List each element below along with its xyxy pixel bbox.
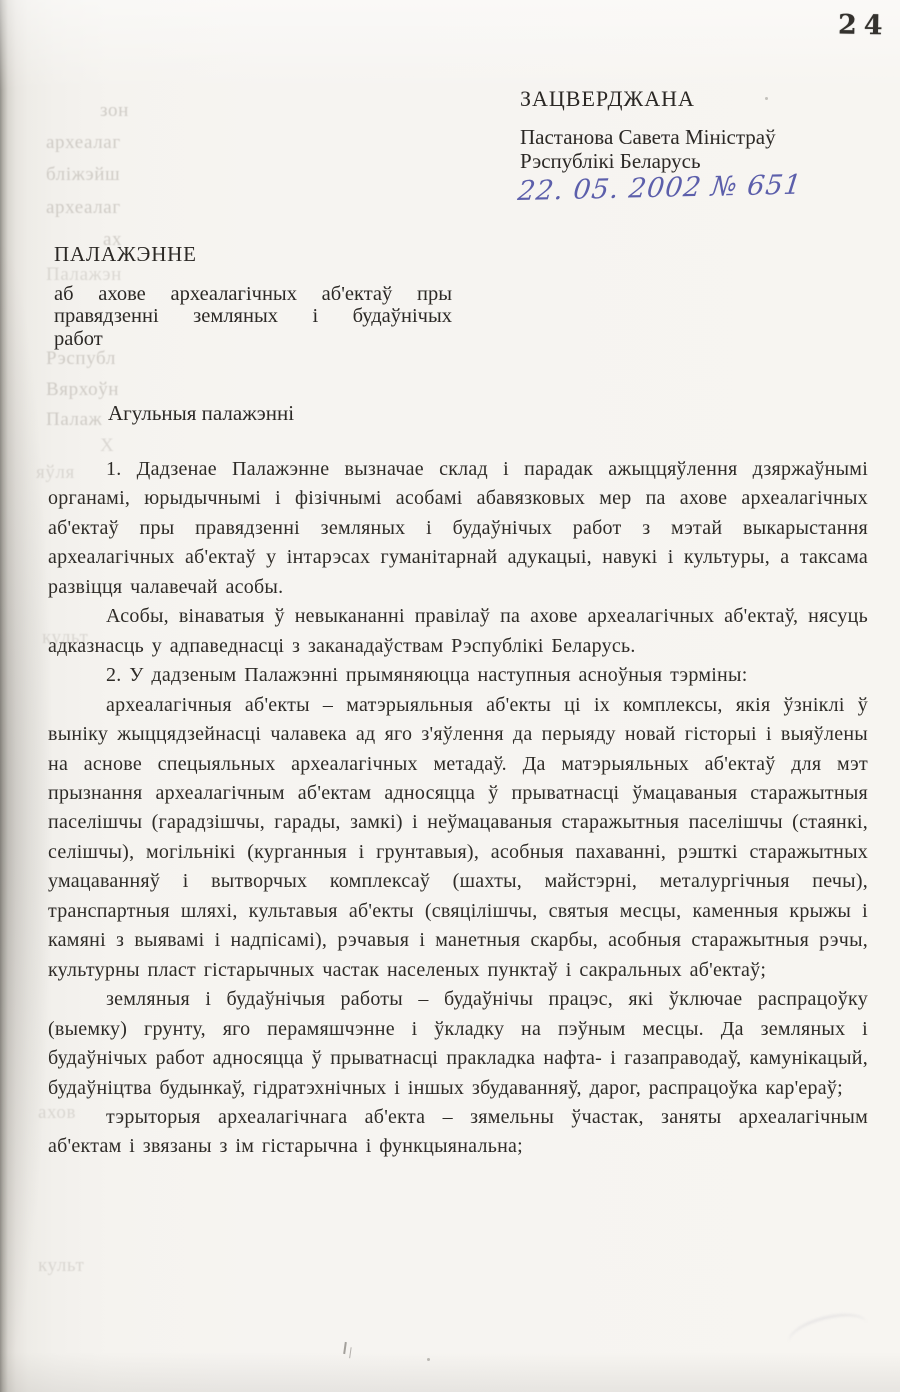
- bleedthrough-text: культ: [38, 1255, 84, 1277]
- scanned-document-page: зон археалаг бліжэйш археалаг ах Палажэн…: [0, 0, 900, 1392]
- page-number-stamp: 24: [838, 10, 890, 42]
- subtitle-line: аб ахове археалагічных аб'ектаў пры: [54, 283, 452, 305]
- bleedthrough-text: зон: [100, 100, 129, 122]
- bleedthrough-text: бліжэйш: [46, 164, 120, 186]
- document-subtitle: аб ахове археалагічных аб'ектаў пры прав…: [54, 283, 452, 350]
- paragraph: археалагічныя аб'екты – матэрыяльныя аб'…: [48, 691, 868, 986]
- subtitle-line: правядзенні земляных і будаўнічых: [54, 305, 452, 327]
- bleedthrough-text: Рэспубл: [46, 348, 116, 370]
- paragraph: земляныя і будаўнічыя работы – будаўнічы…: [48, 985, 868, 1103]
- bleedthrough-text: Х: [100, 435, 114, 457]
- approval-authority-line1: Пастанова Савета Міністраў: [520, 126, 860, 150]
- approval-block: ЗАЦВЕРДЖАНА Пастанова Савета Міністраў Р…: [520, 86, 860, 207]
- document-body: 1. Дадзенае Палажэнне вызначае склад і п…: [48, 455, 868, 1162]
- paragraph: 2. У дадзеным Палажэнні прымяняюцца наст…: [48, 661, 868, 690]
- handwritten-date-number: 22. 05. 2002 № 651: [516, 168, 862, 207]
- scan-speck: [765, 97, 768, 100]
- section-heading: Агульныя палажэнні: [108, 401, 294, 426]
- bleedthrough-text: Вярхоўн: [46, 379, 119, 401]
- bleedthrough-text: Палаж: [46, 409, 102, 431]
- bleedthrough-text: археалаг: [46, 132, 121, 154]
- document-title: ПАЛАЖЭННЕ: [54, 242, 197, 267]
- bleedthrough-text: археалаг: [46, 197, 121, 219]
- approval-authority: Пастанова Савета Міністраў Рэспублікі Бе…: [520, 126, 860, 173]
- subtitle-line: работ: [54, 328, 452, 350]
- scan-speck: [427, 1358, 430, 1361]
- paragraph: тэрыторыя археалагічнага аб'екта – зямел…: [48, 1103, 868, 1162]
- scan-speck: [343, 1342, 347, 1354]
- paragraph: Асобы, вінаватыя ў невыкананні правілаў …: [48, 602, 868, 661]
- faint-pencil-scribble: [785, 1307, 871, 1358]
- approval-label: ЗАЦВЕРДЖАНА: [520, 86, 860, 112]
- paragraph: 1. Дадзенае Палажэнне вызначае склад і п…: [48, 455, 868, 602]
